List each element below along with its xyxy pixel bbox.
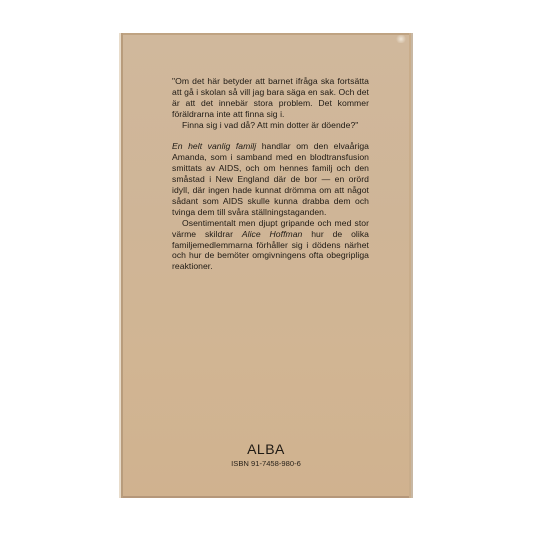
publisher-name: ALBA [121,441,411,457]
author-name: Alice Hoffman [242,229,303,239]
quote-paragraph: "Om det här betyder att barnet ifråga sk… [172,76,369,120]
isbn: ISBN 91-7458-980-6 [121,459,411,468]
quote-question: Finna sig i vad då? Att min dotter är dö… [172,120,369,131]
blurb-text: "Om det här betyder att barnet ifråga sk… [172,76,369,272]
corner-wear [395,35,407,43]
synopsis-paragraph: En helt vanlig familj handlar om den elv… [172,141,369,217]
book-title: En helt vanlig familj [172,141,256,151]
cover-edge-left [119,33,121,498]
synopsis-text: handlar om den elvaåriga Amanda, som i s… [172,141,369,216]
book-back-cover: "Om det här betyder att barnet ifråga sk… [121,33,411,498]
review-paragraph: Osentimentalt men djupt gripande och med… [172,218,369,273]
cover-edge-right [411,33,413,498]
